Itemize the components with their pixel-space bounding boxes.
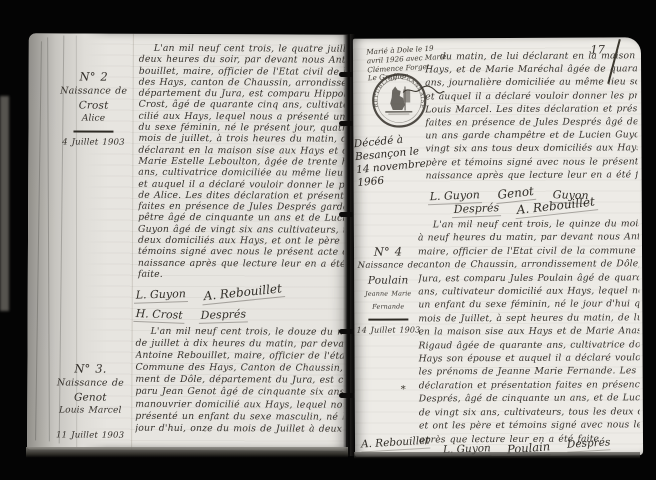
- page-edge-sliver: [0, 96, 9, 311]
- text-line: les prénoms de Jeanne Marie Fernande. Le…: [419, 365, 640, 380]
- text-line: vingt six ans tous deux domiciliés aux H…: [425, 142, 637, 156]
- act-title: Naissance de: [356, 259, 420, 273]
- text-line: naissance après que lecture leur en a ét…: [138, 257, 344, 269]
- text-line: et auquel il a déclaré vouloir donner le…: [425, 89, 637, 103]
- act3-margin-note: N° 3. Naissance de Genot Louis Marcel 11…: [49, 361, 131, 441]
- text-line: Hays, et de Marie Maréchal âgée de quara…: [425, 62, 637, 76]
- right-page: 17 Marié à Dole le 19avril 1926 avec Mar…: [353, 37, 643, 457]
- act4-body: L'an mil neuf cent trois, le quinze du m…: [418, 217, 640, 446]
- act-surname: Poulain: [356, 273, 420, 287]
- text-line: du matin, de lui déclarant en la maison …: [425, 49, 637, 63]
- act2-signature-row: L. GuyonA. RebouilletH. CrostDesprés: [134, 283, 346, 324]
- text-line: H. Crost: [133, 307, 185, 324]
- text-line: Louis Marcel. Les dites déclaration et p…: [425, 102, 637, 116]
- text-line: deux domiciliés aux Hays, et ont le père…: [138, 235, 344, 247]
- act-surname: Genot: [49, 390, 131, 404]
- text-line: Després, âgé de cinquante un ans, et de …: [419, 392, 640, 407]
- text-line: déclaration et présentation faites en pr…: [419, 378, 640, 393]
- text-line: Després: [198, 307, 248, 324]
- text-line: ans, cultivateur domicilié aux Hays, leq…: [418, 284, 639, 299]
- reference-mark-icon: *: [401, 384, 406, 395]
- act2-margin-note: N° 2 Naissance de Crost Alice 4 Juillet …: [54, 69, 132, 148]
- text-line: faites en présence de Jules Després gard…: [138, 201, 344, 213]
- text-line: des Hays, canton de Chaussin, arrondisse…: [139, 77, 345, 89]
- signature-mayor: A. Rebouillet: [361, 435, 430, 453]
- text-line: Hays son épouse et auquel il a déclaré v…: [419, 351, 640, 366]
- text-line: pêtre âgé de cinquante un ans et de Luci…: [138, 212, 344, 224]
- act-firstname: Alice: [55, 112, 133, 125]
- act3-signature-row-2: DesprésA. Rebouillet: [452, 200, 632, 217]
- text-line: déclarant en la maison sise aux Hays et …: [138, 144, 344, 156]
- text-line: en la maison sise aux Hays et de Marie A…: [418, 325, 639, 340]
- text-line: et auquel il a déclaré vouloir donner le…: [138, 178, 344, 190]
- text-line: mois de juillet, à trois heures du matin…: [138, 133, 344, 145]
- text-line: deux heures du soir, par devant nous Ant…: [139, 54, 345, 66]
- text-line: à neuf heures du matin, par devant nous …: [418, 231, 639, 246]
- text-line: manouvrier domicilié aux Hays, lequel no…: [135, 398, 343, 411]
- text-line: paru Jean Genot âgé de cinquante six ans…: [135, 386, 343, 399]
- act-date: 14 Juillet 1903: [356, 324, 420, 336]
- text-line: L'an mil neuf cent trois, le quinze du m…: [418, 217, 639, 232]
- death-margin-note: Décédé àBesançon le14 novembre1966: [353, 131, 435, 190]
- text-line: du sexe féminin, né le présent jour, qua…: [138, 122, 344, 134]
- act-title: Naissance de: [55, 84, 133, 98]
- margin-separator: [73, 130, 113, 132]
- text-line: mois de Juillet, à sept heures du matin,…: [418, 311, 639, 326]
- text-line: faite.: [138, 269, 344, 281]
- text-line: de Alice. Les dites déclaration et prése…: [138, 190, 344, 202]
- text-line: Rigaud âgée de quarante ans, cultivatric…: [418, 338, 639, 353]
- text-line: L'an mil neuf cent trois, le quatre juil…: [139, 43, 345, 55]
- text-line: ans, journalière domiciliée au même lieu…: [425, 76, 637, 90]
- text-line: un enfant du sexe féminin, né le jour d'…: [418, 298, 639, 313]
- act3-continuation-body: du matin, de lui déclarant en la maison …: [425, 49, 638, 182]
- text-line: L. Guyon: [134, 287, 189, 304]
- text-line: faites en présence de Jules Després âgé …: [425, 115, 637, 129]
- act-number: N° 2: [55, 69, 133, 84]
- page-block-bottom-edge: [26, 447, 348, 458]
- text-line: Commune des Hays, Canton de Chaussin, ar…: [135, 362, 343, 375]
- text-line: présenté un enfant du sexe masculin, né …: [135, 410, 343, 423]
- text-line: A. Rebouillet: [201, 281, 285, 305]
- act-date: 4 Juillet 1903: [54, 136, 132, 148]
- text-line: Jura, est comparu Jules Poulain âgé de q…: [418, 271, 639, 286]
- text-line: Antoine Rebouillet, maire, officier de l…: [135, 350, 343, 363]
- act-title: Naissance de: [49, 376, 131, 390]
- text-line: département du Jura, est comparu Hippoly…: [139, 88, 345, 100]
- text-line: de juillet à dix heures du matin, par de…: [136, 338, 344, 351]
- text-line: de vingt six ans, cultivateurs, tous les…: [419, 405, 640, 420]
- text-line: maire, officier de l'Etat civil de la co…: [418, 244, 639, 259]
- act2-body: L'an mil neuf cent trois, le quatre juil…: [138, 43, 345, 281]
- act-firstname: Jeanne Marie Fernande: [356, 287, 420, 313]
- text-line: Crost, âgé de quarante cinq ans, cultiva…: [139, 99, 345, 111]
- text-line: ment de Dôle, département du Jura, est c…: [135, 374, 343, 387]
- act4-margin-note: N° 4 Naissance de Poulain Jeanne Marie F…: [356, 244, 420, 336]
- page-block-bottom-edge: [354, 452, 640, 459]
- text-line: un ans garde champêtre et de Lucien Guyo…: [425, 128, 637, 142]
- text-line: Marie Estelle Leboulton, âgée de trente …: [138, 156, 344, 168]
- act-firstname: Louis Marcel: [49, 404, 131, 417]
- text-line: L'an mil neuf cent trois, le douze du mo…: [136, 326, 344, 339]
- stamp-seated-figure: [385, 86, 412, 114]
- republique-francaise-stamp-icon: RÉPUBLIQUE FRANÇAISE: [371, 72, 427, 128]
- act-surname: Crost: [55, 98, 133, 112]
- text-line: père et témoins signé avec nous le prése…: [426, 155, 638, 169]
- text-line: ans, cultivatrice domiciliée au même lie…: [138, 167, 344, 179]
- text-line: cilié aux Hays, lequel nous a présenté u…: [139, 111, 345, 123]
- text-line: canton de Chaussin, arrondissement de Dô…: [418, 257, 639, 272]
- register-scan: N° 2 Naissance de Crost Alice 4 Juillet …: [0, 0, 656, 480]
- act3-body: L'an mil neuf cent trois, le douze du mo…: [135, 326, 343, 436]
- text-line: Després: [452, 201, 502, 218]
- text-line: naissance après que lecture leur en a ét…: [426, 168, 638, 182]
- text-line: bouillet, maire, officier de l'Etat civi…: [139, 65, 345, 77]
- left-page: N° 2 Naissance de Crost Alice 4 Juillet …: [27, 33, 348, 450]
- text-line: Guyon âgé de vingt six ans cultivateurs,…: [138, 224, 344, 236]
- margin-separator: [368, 318, 408, 320]
- signature-witness: Després: [567, 436, 611, 452]
- act-number: N° 3.: [49, 361, 131, 376]
- text-line: jour d'hui, onze du mois de Juillet à de…: [135, 423, 343, 436]
- act-number: N° 4: [356, 244, 420, 259]
- text-line: témoins signé avec nous le présent acte …: [138, 246, 344, 258]
- text-line: et ont les père et témoins signé avec no…: [419, 418, 640, 433]
- act-date: 11 Juillet 1903: [49, 429, 131, 441]
